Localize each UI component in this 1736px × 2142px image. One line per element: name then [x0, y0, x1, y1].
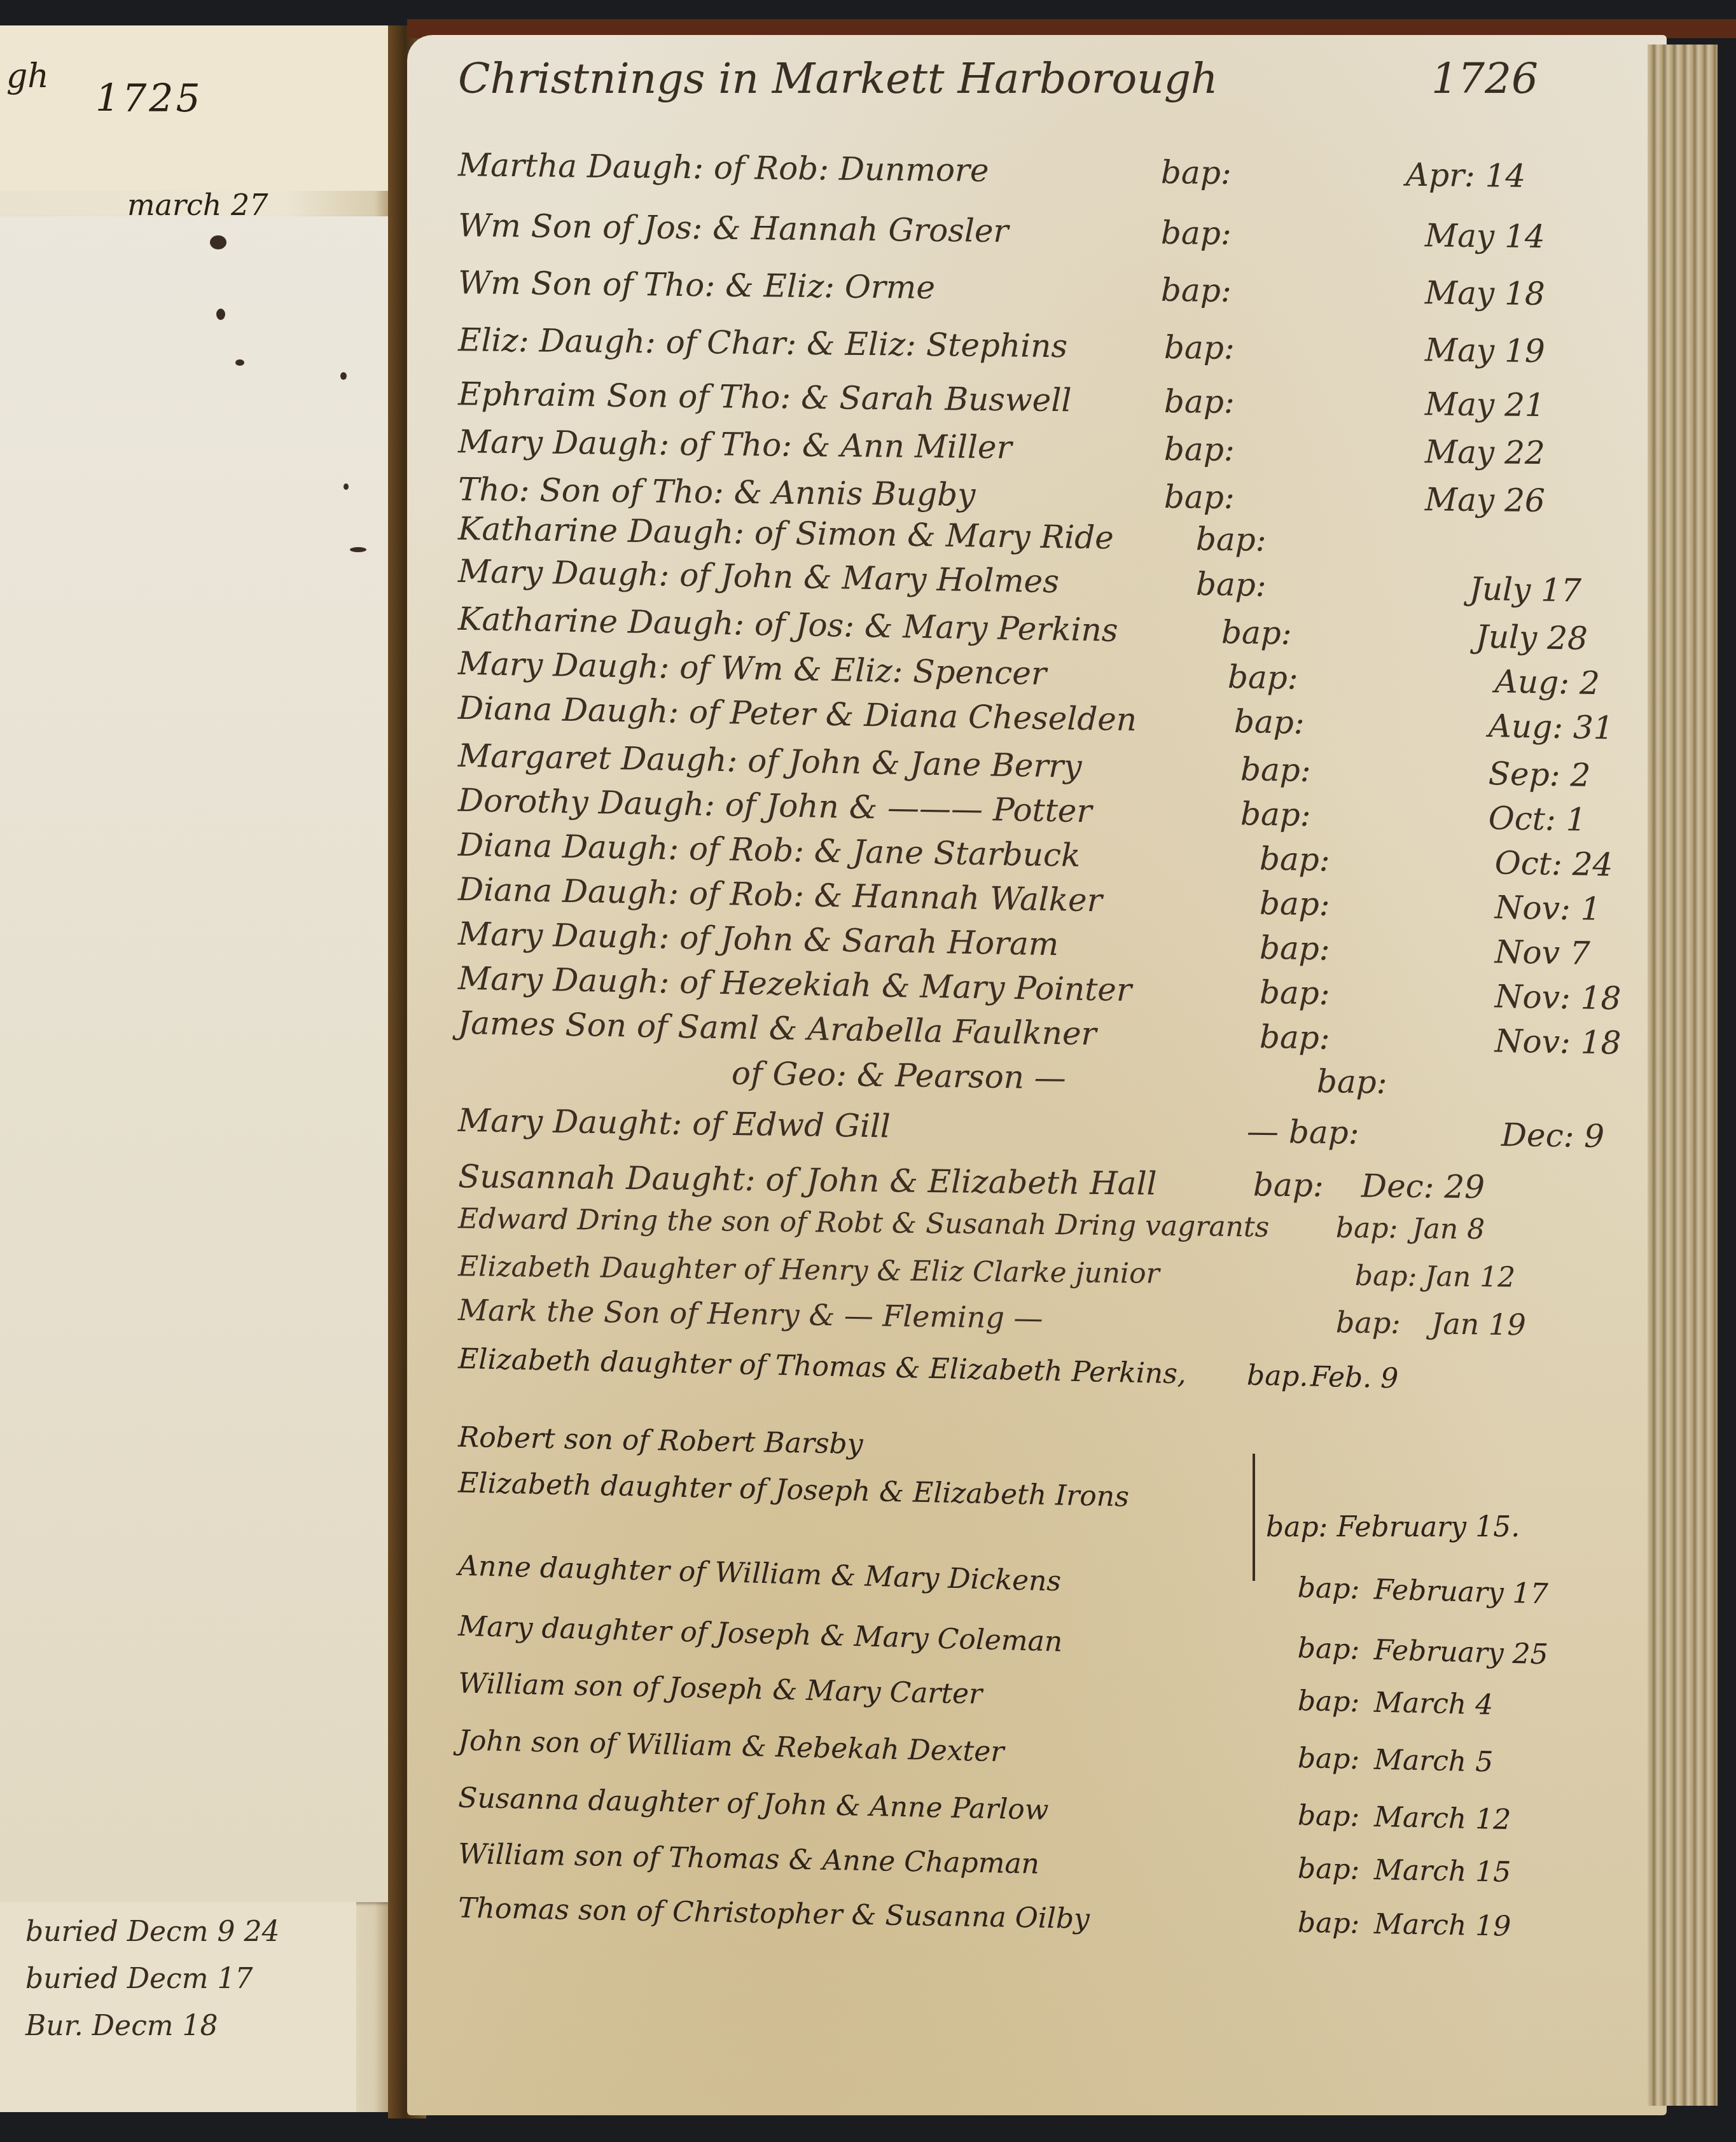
entry-name: Wm Son of Tho: & Eliz: Orme — [458, 264, 935, 306]
entry-bap-label: bap: — [1259, 929, 1330, 968]
entry-bap-label: bap. — [1246, 1359, 1309, 1393]
register-year: 1726 — [1431, 54, 1538, 103]
entry-name: Mary Daugh: of Tho: & Ann Miller — [458, 423, 1012, 466]
entry-date: May 22 — [1425, 433, 1545, 471]
left-page: gh 1725 march 27 buried Decm 9 24 buried… — [0, 25, 407, 2112]
ink-blot — [216, 309, 225, 320]
heading-fragment: gh — [6, 57, 49, 95]
entry-date: Jan 8 — [1412, 1213, 1485, 1246]
entry-bap-label: bap: — [1221, 614, 1292, 652]
entry-bap-label: bap: — [1161, 272, 1232, 309]
entry-date: Dec: 29 — [1361, 1167, 1485, 1206]
entry-date: Sep: 2 — [1488, 755, 1590, 794]
entry-bap-label: bap: — [1297, 1632, 1360, 1666]
entry-date: Nov: 1 — [1494, 889, 1601, 928]
left-page-year: 1725 — [95, 76, 203, 121]
entry-name: Elizabeth Daughter of Henry & Eliz Clark… — [458, 1250, 1160, 1290]
entry-bap-label: bap: — [1253, 1166, 1324, 1204]
entry-bap-label: bap: — [1161, 214, 1232, 252]
entry-bap-label: bap: — [1297, 1799, 1359, 1833]
burial-notes: buried Decm 9 24 buried Decm 17 Bur. Dec… — [25, 1909, 279, 2050]
entry-bap-label: bap: — [1259, 840, 1330, 879]
entry-date: May 21 — [1425, 386, 1545, 424]
entry-date: July 28 — [1475, 618, 1588, 657]
grouping-bracket — [1244, 1454, 1255, 1581]
entry-date: March 4 — [1373, 1686, 1493, 1721]
entry-bap-label: bap: — [1297, 1685, 1359, 1718]
entry-date: Dec: 9 — [1501, 1116, 1605, 1155]
entry-bap-label: bap: — [1164, 478, 1235, 516]
ink-blot — [344, 483, 349, 490]
entry-bap-label: bap: — [1164, 431, 1235, 468]
entry-date: Jan 12 — [1425, 1260, 1516, 1293]
left-page-header-strip — [0, 25, 407, 191]
burial-note: buried Decm 9 24 — [25, 1909, 279, 1956]
ink-blot — [350, 547, 366, 552]
entry-bap-label: bap: — [1195, 566, 1267, 604]
entry-name: Robert son of Robert Barsby — [458, 1421, 863, 1461]
entry-name: Mark the Son of Henry & — Fleming — — [458, 1293, 1043, 1335]
entry-bap-label: bap: — [1240, 795, 1311, 833]
entry-bap-label: bap: — [1196, 520, 1267, 559]
entry-bap-label: — bap: — [1247, 1113, 1359, 1151]
entry-date: Nov 7 — [1494, 933, 1590, 972]
entry-name: of Geo: & Pearson — — [732, 1055, 1067, 1096]
left-page-bottom: buried Decm 9 24 buried Decm 17 Bur. Dec… — [0, 1902, 356, 2112]
entry-date: July 17 — [1469, 571, 1581, 609]
entry-bap-label: bap: — [1317, 1063, 1387, 1101]
entry-date: Oct: 1 — [1488, 800, 1587, 838]
entry-bap-label: bap: — [1297, 1571, 1360, 1606]
page-edges — [1648, 45, 1718, 2106]
entry-date: March 12 — [1373, 1801, 1511, 1836]
entry-date: Feb. 9 — [1310, 1361, 1398, 1395]
entry-name: Ephraim Son of Tho: & Sarah Buswell — [458, 375, 1072, 419]
register-title: Christnings in Markett Harborough — [458, 54, 1218, 103]
burial-note: buried Decm 17 — [25, 1956, 279, 2003]
entry-date: February 17 — [1373, 1573, 1548, 1610]
entry-bap-label: bap: — [1161, 154, 1232, 191]
entry-date: Apr: 14 — [1406, 156, 1526, 195]
entry-bap-label: bap: — [1164, 329, 1235, 366]
entry-date: Oct: 24 — [1494, 844, 1613, 883]
entry-name: Tho: Son of Tho: & Annis Bugby — [458, 471, 976, 513]
entry-name: Mary Daught: of Edwd Gill — [458, 1102, 891, 1144]
ink-blot — [210, 235, 226, 249]
ink-blot — [235, 359, 244, 366]
entry-date: Aug: 2 — [1494, 663, 1600, 702]
entry-date: March 19 — [1374, 1908, 1511, 1943]
entry-bap-label: bap: — [1336, 1212, 1398, 1245]
entry-date: March 5 — [1373, 1744, 1493, 1779]
entry-name: Susannah Daught: of John & Elizabeth Hal… — [458, 1158, 1157, 1202]
entry-date: Nov: 18 — [1494, 978, 1621, 1017]
inserted-paper-slip — [0, 216, 388, 1902]
entry-bap-label: bap: — [1240, 751, 1311, 789]
entry-name: Wm Son of Jos: & Hannah Grosler — [458, 207, 1009, 249]
entry-bap-label: bap: — [1298, 1907, 1360, 1940]
entry-bap-label: bap: — [1355, 1260, 1417, 1293]
entry-bap-label: bap: — [1259, 885, 1330, 923]
entry-bap-label: bap: — [1298, 1853, 1360, 1886]
entry-bap-label: bap: — [1297, 1742, 1359, 1776]
entry-bap-label: bap: — [1233, 703, 1305, 741]
entry-date: May 18 — [1425, 274, 1545, 312]
entry-bap-label: bap: — [1227, 658, 1298, 697]
entry-bap-label: bap: — [1164, 383, 1235, 421]
entry-date: March 15 — [1374, 1854, 1511, 1889]
entry-date: Aug: 31 — [1488, 707, 1614, 746]
entry-name: Eliz: Daugh: of Char: & Eliz: Stephins — [458, 321, 1068, 365]
entry-date: May 19 — [1425, 331, 1545, 370]
entry-date: May 26 — [1425, 481, 1545, 519]
entry-date: Jan 19 — [1431, 1306, 1526, 1342]
entry-bap-label: bap: — [1259, 974, 1330, 1012]
entry-date: February 25 — [1373, 1634, 1548, 1671]
entry-date: May 14 — [1425, 217, 1545, 255]
entry-name: Martha Daugh: of Rob: Dunmore — [458, 146, 989, 189]
ink-blot — [340, 372, 347, 380]
burial-note: Bur. Decm 18 — [25, 2003, 279, 2050]
entry-bap-label: bap: — [1259, 1019, 1330, 1057]
entry-bap-label: bap: — [1336, 1305, 1401, 1340]
entry-date: Nov: 18 — [1494, 1022, 1621, 1061]
bracketed-baptism-date: bap: February 15. — [1266, 1511, 1520, 1543]
